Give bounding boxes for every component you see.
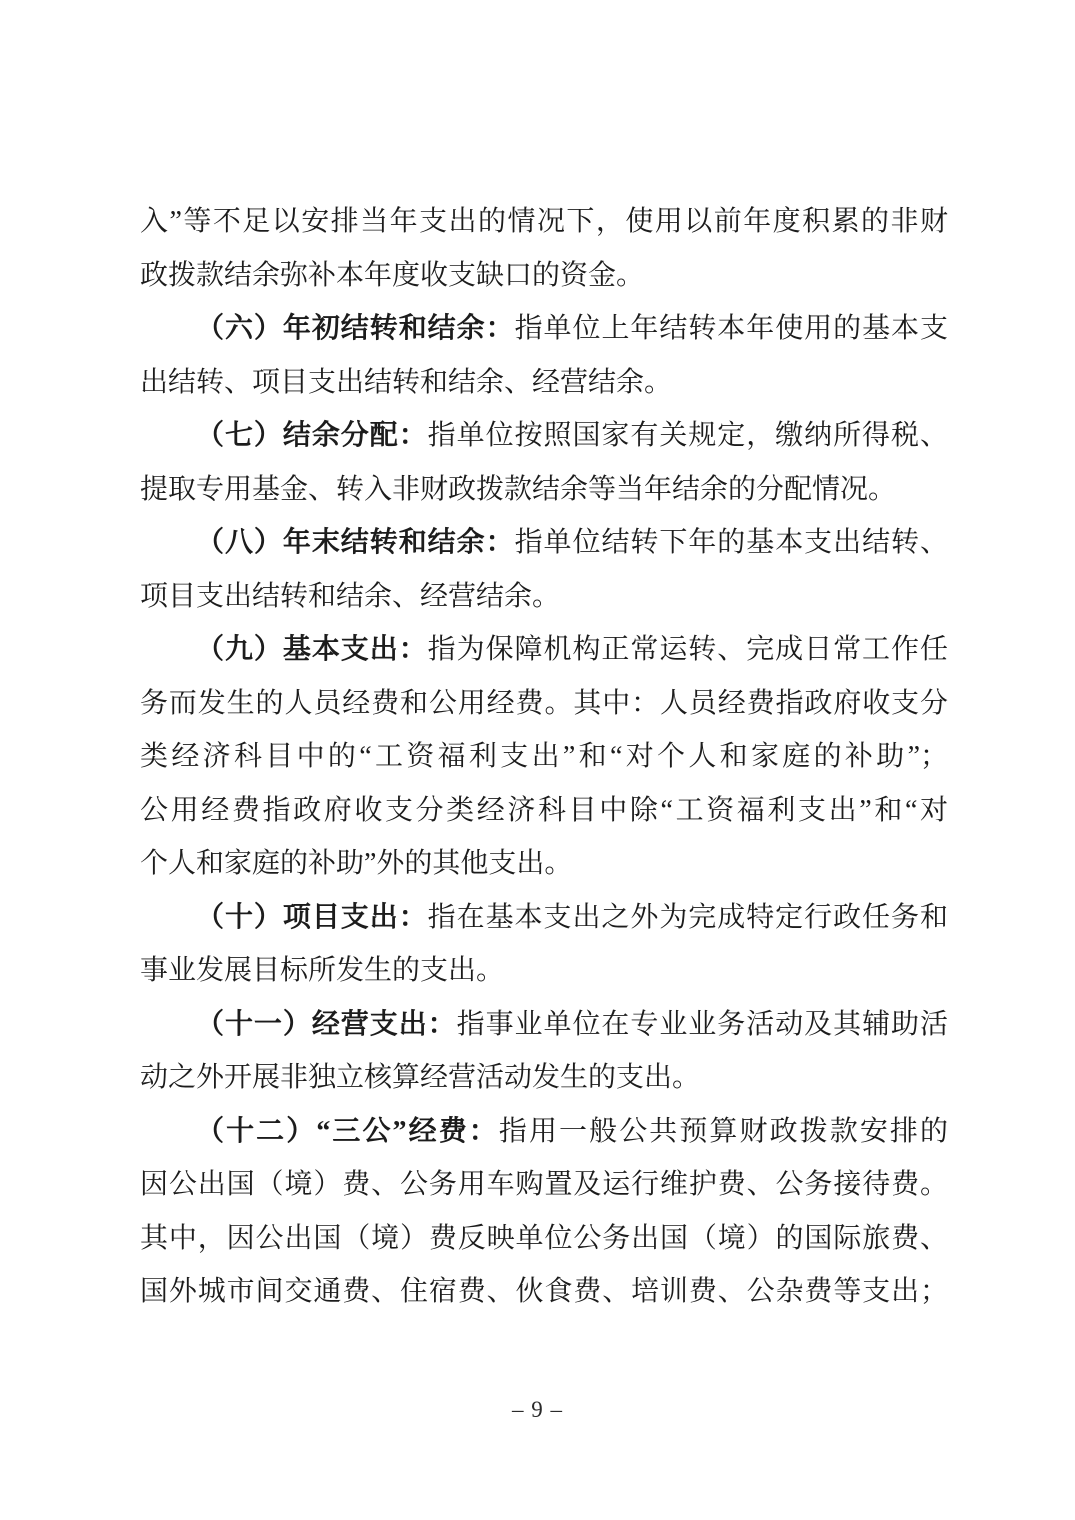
body-text: 指用一般公共预算财政拨款安排的 xyxy=(499,1116,948,1147)
term-heading: （六）年初结转和结余： xyxy=(196,313,515,344)
body-text: 因公出国（境）费、公务用车购置及运行维护费、公务接待费。 xyxy=(140,1169,948,1200)
text-line: 务而发生的人员经费和公用经费。其中：人员经费指政府收支分 xyxy=(140,677,948,731)
body-text: 政拨款结余弥补本年度收支缺口的资金。 xyxy=(140,260,644,291)
term-heading: （十二）“三公”经费： xyxy=(196,1116,499,1147)
text-line: 公用经费指政府收支分类经济科目中除“工资福利支出”和“对 xyxy=(140,784,948,838)
body-text: 国外城市间交通费、住宿费、伙食费、培训费、公杂费等支出； xyxy=(140,1276,948,1307)
body-text: 类经济科目中的“工资福利支出”和“对个人和家庭的补助”； xyxy=(140,741,948,772)
body-text: 入”等不足以安排当年支出的情况下，使用以前年度积累的非财 xyxy=(140,206,948,237)
text-line: 提取专用基金、转入非财政拨款结余等当年结余的分配情况。 xyxy=(140,463,948,517)
body-text: 事业发展目标所发生的支出。 xyxy=(140,955,504,986)
text-line: （十二）“三公”经费：指用一般公共预算财政拨款安排的 xyxy=(140,1105,948,1159)
body-text: 个人和家庭的补助”外的其他支出。 xyxy=(140,848,572,879)
body-text: 指为保障机构正常运转、完成日常工作任 xyxy=(428,634,948,665)
term-heading: （十）项目支出： xyxy=(196,902,428,933)
text-line: 其中，因公出国（境）费反映单位公务出国（境）的国际旅费、 xyxy=(140,1212,948,1266)
term-heading: （十一）经营支出： xyxy=(196,1009,457,1040)
body-text: 提取专用基金、转入非财政拨款结余等当年结余的分配情况。 xyxy=(140,474,896,505)
body-text: 务而发生的人员经费和公用经费。其中：人员经费指政府收支分 xyxy=(140,688,948,719)
text-line: （七）结余分配：指单位按照国家有关规定，缴纳所得税、 xyxy=(140,409,948,463)
text-line: 出结转、项目支出结转和结余、经营结余。 xyxy=(140,356,948,410)
body-text: 指事业单位在专业业务活动及其辅助活 xyxy=(457,1009,948,1040)
body-text: 指在基本支出之外为完成特定行政任务和 xyxy=(428,902,948,933)
body-text: 公用经费指政府收支分类经济科目中除“工资福利支出”和“对 xyxy=(140,795,948,826)
text-line: 事业发展目标所发生的支出。 xyxy=(140,944,948,998)
text-line: （六）年初结转和结余：指单位上年结转本年使用的基本支 xyxy=(140,302,948,356)
body-text: 出结转、项目支出结转和结余、经营结余。 xyxy=(140,367,672,398)
body-text: 项目支出结转和结余、经营结余。 xyxy=(140,581,560,612)
page-number: – 9 – xyxy=(0,1395,1075,1425)
text-line: （十）项目支出：指在基本支出之外为完成特定行政任务和 xyxy=(140,891,948,945)
document-body: 入”等不足以安排当年支出的情况下，使用以前年度积累的非财政拨款结余弥补本年度收支… xyxy=(140,195,948,1319)
text-line: 因公出国（境）费、公务用车购置及运行维护费、公务接待费。 xyxy=(140,1158,948,1212)
text-line: 政拨款结余弥补本年度收支缺口的资金。 xyxy=(140,249,948,303)
body-text: 指单位上年结转本年使用的基本支 xyxy=(515,313,948,344)
text-line: 项目支出结转和结余、经营结余。 xyxy=(140,570,948,624)
term-heading: （七）结余分配： xyxy=(196,420,428,451)
text-line: 入”等不足以安排当年支出的情况下，使用以前年度积累的非财 xyxy=(140,195,948,249)
term-heading: （八）年末结转和结余： xyxy=(196,527,515,558)
document-page: 入”等不足以安排当年支出的情况下，使用以前年度积累的非财政拨款结余弥补本年度收支… xyxy=(0,0,1075,1520)
text-line: （九）基本支出：指为保障机构正常运转、完成日常工作任 xyxy=(140,623,948,677)
body-text: 指单位按照国家有关规定，缴纳所得税、 xyxy=(428,420,948,451)
body-text: 其中，因公出国（境）费反映单位公务出国（境）的国际旅费、 xyxy=(140,1223,948,1254)
body-text: 动之外开展非独立核算经营活动发生的支出。 xyxy=(140,1062,700,1093)
text-line: 类经济科目中的“工资福利支出”和“对个人和家庭的补助”； xyxy=(140,730,948,784)
text-line: （十一）经营支出：指事业单位在专业业务活动及其辅助活 xyxy=(140,998,948,1052)
body-text: 指单位结转下年的基本支出结转、 xyxy=(515,527,948,558)
text-line: 动之外开展非独立核算经营活动发生的支出。 xyxy=(140,1051,948,1105)
text-line: 国外城市间交通费、住宿费、伙食费、培训费、公杂费等支出； xyxy=(140,1265,948,1319)
text-line: 个人和家庭的补助”外的其他支出。 xyxy=(140,837,948,891)
term-heading: （九）基本支出： xyxy=(196,634,428,665)
text-line: （八）年末结转和结余：指单位结转下年的基本支出结转、 xyxy=(140,516,948,570)
